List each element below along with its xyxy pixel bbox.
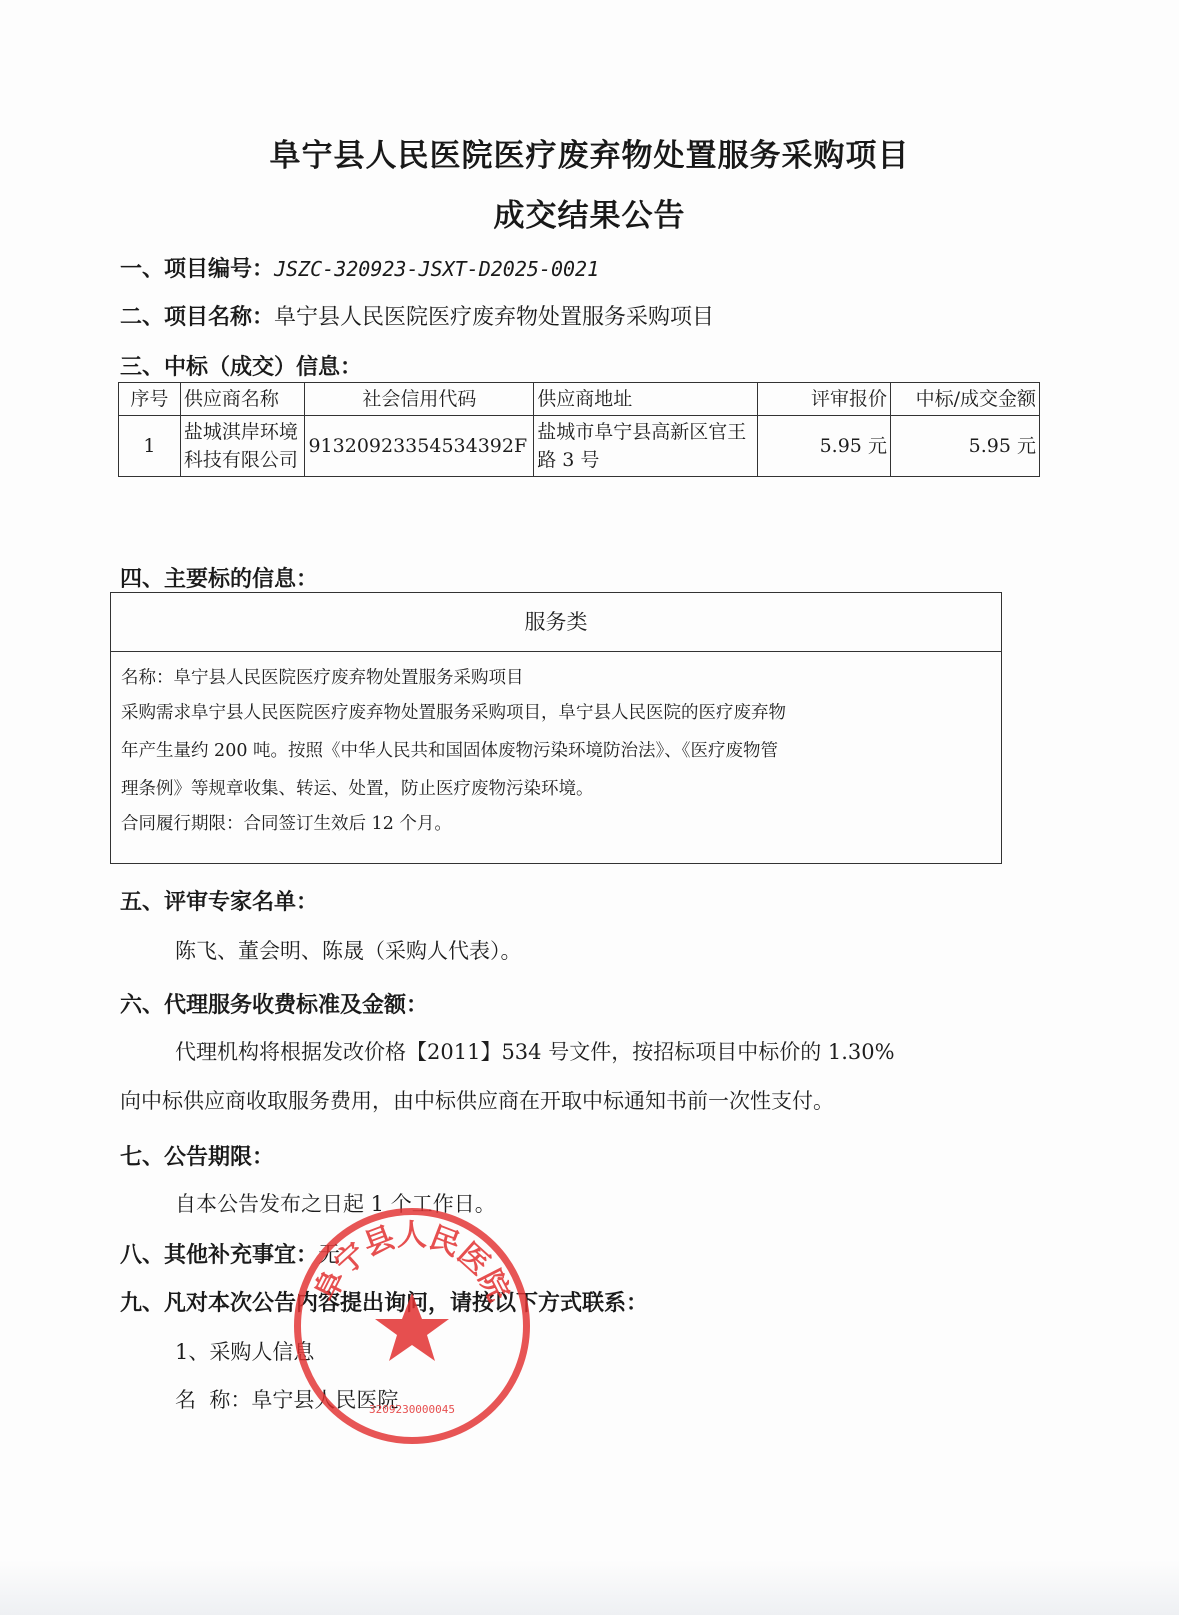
document-subtitle: 成交结果公告 xyxy=(0,190,1179,235)
purchaser-info-heading: 1、采购人信息 xyxy=(175,1336,314,1366)
header-index: 序号 xyxy=(119,383,181,416)
subject-contract-term: 合同履行期限：合同签订生效后 12 个月。 xyxy=(121,808,991,840)
header-address: 供应商地址 xyxy=(534,383,758,416)
experts-list: 陈飞、董会明、陈晟（采购人代表）。 xyxy=(175,935,522,965)
award-table: 序号 供应商名称 社会信用代码 供应商地址 评审报价 中标/成交金额 1 盐城淇… xyxy=(118,382,1040,477)
cell-quote: 5.95 元 xyxy=(758,416,891,477)
section-project-number: 一、项目编号：JSZC-320923-JSXT-D2025-0021 xyxy=(120,252,599,283)
section-announcement-period: 七、公告期限： xyxy=(120,1140,274,1171)
table-row: 1 盐城淇岸环境科技有限公司 91320923354534392F 盐城市阜宁县… xyxy=(119,416,1040,477)
subject-box: 服务类 名称：阜宁县人民医院医疗废弃物处置服务采购项目 采购需求阜宁县人民医院医… xyxy=(110,592,1002,864)
section-agency-fee: 六、代理服务收费标准及金额： xyxy=(120,988,428,1019)
other-matters-value: 无 xyxy=(318,1243,340,1268)
header-credit-code: 社会信用代码 xyxy=(305,383,534,416)
purchaser-name: 名 称：阜宁县人民医院 xyxy=(175,1384,398,1414)
subject-requirement-line3: 理条例》等规章收集、转运、处置，防止医疗废物污染环境。 xyxy=(121,770,991,808)
section-other-matters: 八、其他补充事宜：无 xyxy=(120,1238,340,1269)
header-quote: 评审报价 xyxy=(758,383,891,416)
section-label: 一、项目编号： xyxy=(120,257,274,282)
cell-supplier: 盐城淇岸环境科技有限公司 xyxy=(180,416,305,477)
section-label: 二、项目名称： xyxy=(120,305,274,330)
cell-credit-code: 91320923354534392F xyxy=(305,416,534,477)
subject-category: 服务类 xyxy=(111,593,1001,652)
section-contact: 九、凡对本次公告内容提出询问，请按以下方式联系： xyxy=(120,1286,648,1317)
header-amount: 中标/成交金额 xyxy=(890,383,1039,416)
page-bottom-edge xyxy=(0,1560,1179,1615)
subject-name: 名称：阜宁县人民医院医疗废弃物处置服务采购项目 xyxy=(121,662,991,694)
cell-amount: 5.95 元 xyxy=(890,416,1039,477)
agency-fee-line2: 向中标供应商收取服务费用，由中标供应商在开取中标通知书前一次性支付。 xyxy=(120,1085,834,1115)
section-project-name: 二、项目名称：阜宁县人民医院医疗废弃物处置服务采购项目 xyxy=(120,300,714,331)
subject-requirement-line2: 年产生量约 200 吨。按照《中华人民共和国固体废物污染环境防治法》、《医疗废物… xyxy=(121,732,991,770)
section-subject-info: 四、主要标的信息： xyxy=(120,562,318,593)
table-header-row: 序号 供应商名称 社会信用代码 供应商地址 评审报价 中标/成交金额 xyxy=(119,383,1040,416)
document-page: 阜宁县人民医院医疗废弃物处置服务采购项目 成交结果公告 一、项目编号：JSZC-… xyxy=(0,0,1179,1615)
cell-address: 盐城市阜宁县高新区官王路 3 号 xyxy=(534,416,758,477)
agency-fee-line1: 代理机构将根据发改价格【2011】534 号文件，按招标项目中标价的 1.30% xyxy=(175,1036,895,1066)
project-number: JSZC-320923-JSXT-D2025-0021 xyxy=(274,257,599,281)
document-title: 阜宁县人民医院医疗废弃物处置服务采购项目 xyxy=(0,130,1179,175)
cell-index: 1 xyxy=(119,416,181,477)
section-experts: 五、评审专家名单： xyxy=(120,885,318,916)
header-supplier: 供应商名称 xyxy=(180,383,305,416)
section-award-info: 三、中标（成交）信息： xyxy=(120,350,362,381)
announcement-period: 自本公告发布之日起 1 个工作日。 xyxy=(175,1188,496,1218)
section-label: 八、其他补充事宜： xyxy=(120,1243,318,1268)
subject-requirement-line1: 采购需求阜宁县人民医院医疗废弃物处置服务采购项目，阜宁县人民医院的医疗废弃物 xyxy=(121,694,991,732)
project-name: 阜宁县人民医院医疗废弃物处置服务采购项目 xyxy=(274,305,714,330)
